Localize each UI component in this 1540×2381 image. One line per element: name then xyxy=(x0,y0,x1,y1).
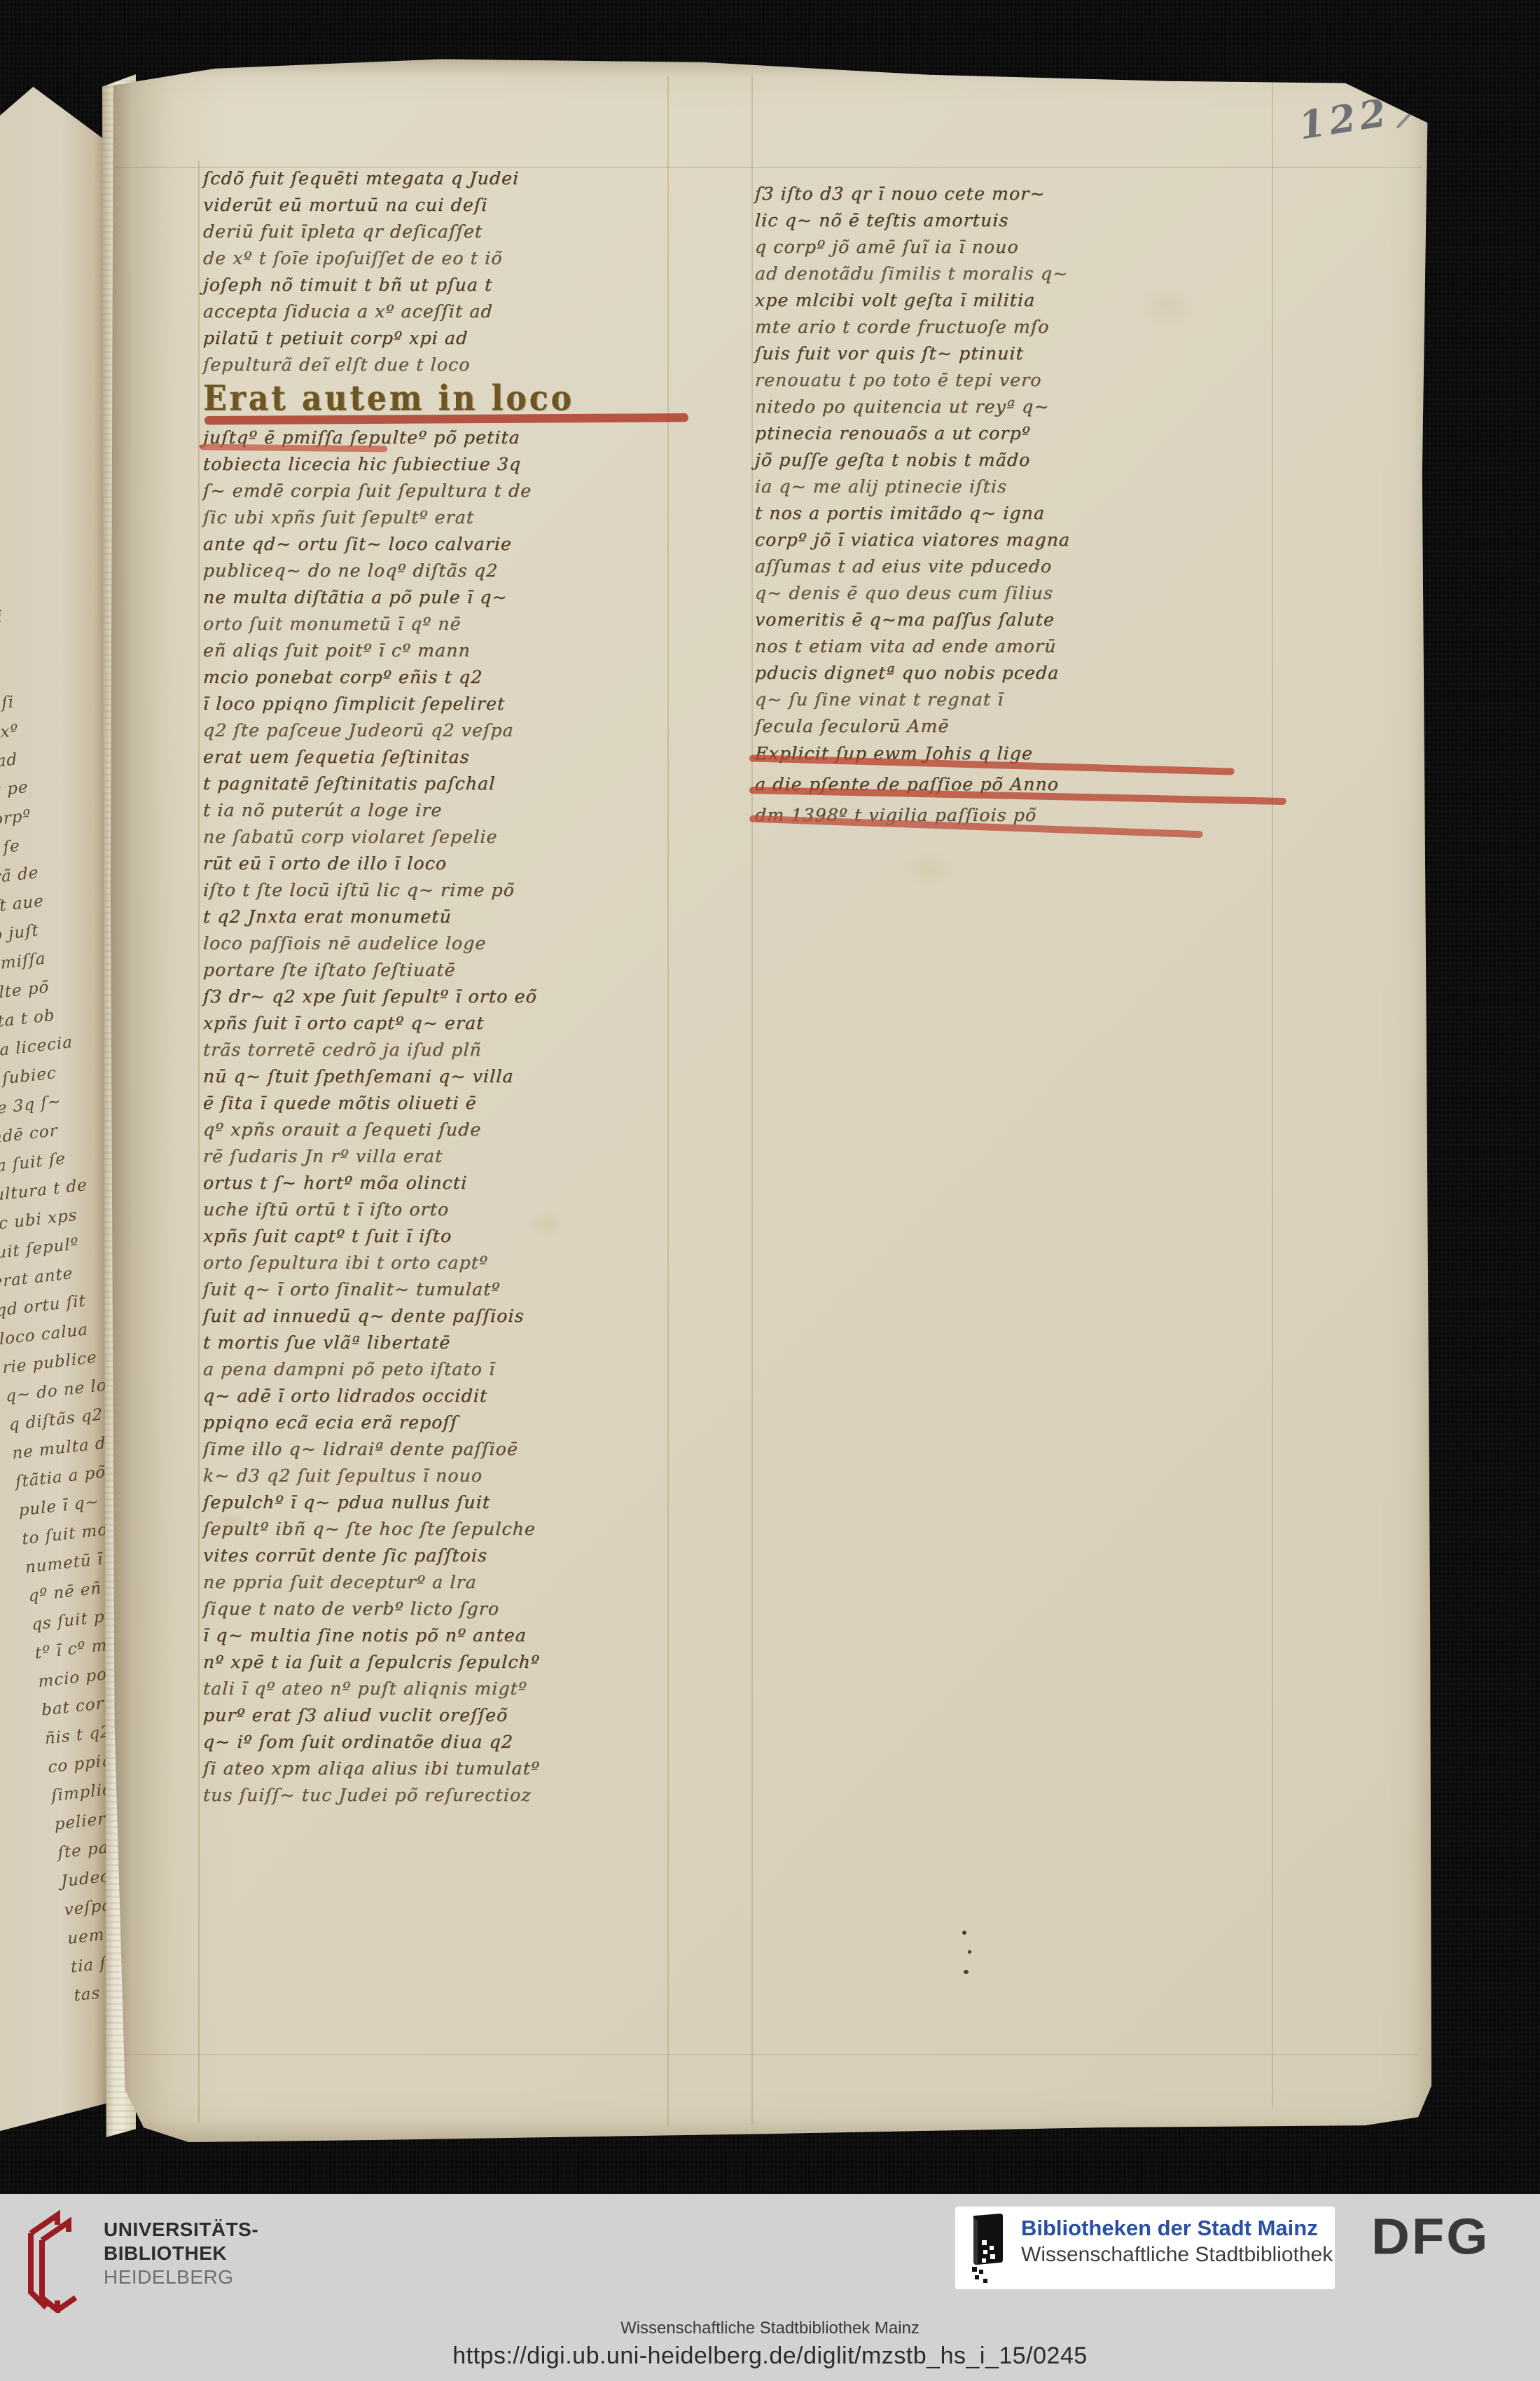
manuscript-line: viderūt eū mortuū na cui deſi xyxy=(202,192,698,219)
manuscript-line: joſeph nõ timuit t bñ ut pſua t xyxy=(202,272,698,298)
manuscript-line: xpñs ſuit ī orto captº q~ erat xyxy=(202,1010,698,1037)
manuscript-line: ſi ateo xpm aliqa alius ibi tumulatº xyxy=(202,1755,698,1782)
manuscript-line: t ia nõ puterút a loge ire xyxy=(202,797,698,824)
manuscript-line: q corpº jõ amē ſuĩ ia ī nouo xyxy=(754,234,1272,261)
manuscript-line: lic q~ nõ ē teſtis amortuis xyxy=(754,207,1272,234)
manuscript-line: ſcdõ fuit ſequēti mtegata q Judei xyxy=(202,165,698,192)
ruling-line-vertical xyxy=(198,161,200,2123)
manuscript-line: t q2 Jnxta erat monumetū xyxy=(202,904,698,930)
manuscript-line: ſ3 dr~ q2 xpe ſuit ſepultº ī orto eõ xyxy=(202,984,698,1010)
manuscript-line: q2 ſte paſceue Judeorū q2 veſpa xyxy=(202,717,698,744)
manuscript-line: ſuis fuit vor quis ſt~ ptinuit xyxy=(754,340,1272,367)
manuscript-line: ne ppria ſuit decepturº a lra xyxy=(202,1569,698,1596)
manuscript-line: ſique t nato de verbº licto ſgro xyxy=(202,1596,698,1622)
ink-blot xyxy=(964,1970,969,1974)
manuscript-line: nitedo po quitencia ut reyª q~ xyxy=(754,394,1272,420)
manuscript-line: purº erat ſ3 aliud vuclit oreſſeõ xyxy=(202,1702,698,1729)
column-right-text: ſ3 iſto d3 qr ī nouo cete mor~lic q~ nõ … xyxy=(755,181,1272,740)
manuscript-line: de xº t ſoīe ipoſuiſſet de eo t iõ xyxy=(202,245,698,272)
manuscript-line: q~ adē ī orto lidrados occidit xyxy=(202,1383,698,1409)
manuscript-line: ia q~ me alij ptinecie iſtis xyxy=(754,474,1272,500)
manuscript-line: ſecula ſeculorū Amē xyxy=(754,713,1272,740)
manuscript-line: rūt eū ī orto de illo ī loco xyxy=(202,850,698,877)
ub-heidelberg-logo: UNIVERSITÄTS- BIBLIOTHEK HEIDELBERG xyxy=(21,2208,258,2313)
mainz-book-icon xyxy=(966,2214,1010,2284)
manuscript-line: Explicit ſup ewm Johis q lige xyxy=(754,740,1272,771)
manuscript-line: ī loco ppiqno ſimplicit ſepeliret xyxy=(202,691,698,717)
manuscript-line: ppiqno ecã ecia erã repoſſ xyxy=(202,1409,698,1436)
manuscript-line: q~ iº ſom ſuit ordinatõe diua q2 xyxy=(202,1729,698,1755)
manuscript-line: accepta ſiducia a xº aceſſit ad xyxy=(202,298,698,325)
ink-blot xyxy=(968,1950,971,1954)
manuscript-line: q~ denis ē quo deus cum ſilius xyxy=(754,580,1272,607)
manuscript-line: k~ d3 q2 ſuit ſepultus ī nouo xyxy=(202,1463,698,1489)
ruling-line-vertical xyxy=(751,76,753,2125)
manuscript-line: xpe mlcibi volt geſta ī militia xyxy=(754,287,1272,314)
manuscript-line: ſepultº ibñ q~ ſte hoc ſte ſepulche xyxy=(202,1516,698,1543)
ruling-line-horizontal xyxy=(119,2054,1419,2055)
manuscript-line: ad denotãdu ſimilis t moralis q~ xyxy=(754,261,1272,287)
previous-page-text: ſem pſoq~ fert nõecia ōiaq~ ſcis põder d… xyxy=(0,104,111,2011)
manuscript-line: t nos a portis imitãdo q~ igna xyxy=(754,500,1272,527)
manuscript-line: q~ ſu ſine vinat t regnat ī xyxy=(754,686,1272,713)
manuscript-line: a die pſente de paſſioe põ Anno xyxy=(754,771,1272,801)
manuscript-line: uche iſtū ortū t ī iſto orto xyxy=(202,1196,698,1223)
text-column-right: ſ3 iſto d3 qr ī nouo cete mor~lic q~ nõ … xyxy=(755,181,1272,832)
manuscript-line: ſuit q~ ī orto ſinalit~ tumulatº xyxy=(202,1276,698,1303)
manuscript-line: dm 1398º t vigilia paſſiois põ xyxy=(754,801,1272,832)
manuscript-line: mte ario t corde fructuoſe mſo xyxy=(754,314,1272,340)
dfg-logo: DFG xyxy=(1371,2208,1490,2266)
manuscript-line: jõ puſſe geſta t nobis t mãdo xyxy=(754,447,1272,474)
rubric-heading: Erat autem in loco xyxy=(203,375,697,427)
mainz-logo: Bibliotheken der Stadt Mainz Wissenschaf… xyxy=(955,2207,1335,2289)
mainz-line-1: Bibliotheken der Stadt Mainz xyxy=(1021,2215,1333,2242)
manuscript-line: nū q~ ſtuit ſpethſemani q~ villa xyxy=(202,1063,698,1090)
manuscript-line: a pena dampni põ peto iſtato ī xyxy=(202,1356,698,1383)
manuscript-line: aſſumas t ad eius vite pducedo xyxy=(754,553,1272,580)
column-left-lower-text: juſtqº ē pmiſſa ſepulteº põ petitatobiec… xyxy=(203,425,697,1809)
ub-line-1: UNIVERSITÄTS- xyxy=(104,2218,258,2242)
manuscript-line: ſuit ad innuedū q~ dente paſſiois xyxy=(202,1303,698,1330)
manuscript-line: ſ~ emdē corpia ſuit ſepultura t de xyxy=(202,478,698,504)
mainz-wordmark: Bibliotheken der Stadt Mainz Wissenschaf… xyxy=(1021,2215,1333,2268)
footer-bar: UNIVERSITÄTS- BIBLIOTHEK HEIDELBERG xyxy=(0,2194,1540,2381)
manuscript-line: erat uem ſequetia ſeſtinitas xyxy=(202,744,698,771)
column-left-upper-text: ſcdõ fuit ſequēti mtegata q Judeividerūt… xyxy=(203,165,697,378)
manuscript-line: tali ī qº ateo nº puſt aliqnis migtº xyxy=(202,1676,698,1702)
manuscript-line: ſic ubi xpñs ſuit ſepultº erat xyxy=(202,504,698,531)
manuscript-line: orto ſuit monumetū ī qº nē xyxy=(202,611,698,637)
manuscript-line: ne ſabatū corp violaret ſepelie xyxy=(202,824,698,850)
manuscript-line: qº xpñs orauit a ſequeti ſude xyxy=(202,1117,698,1143)
manuscript-line: mcio ponebat corpº eñis t q2 xyxy=(202,664,698,691)
manuscript-line: rē ſudaris Jn rº villa erat xyxy=(202,1143,698,1170)
manuscript-line: renouatu t po toto ē tepi vero xyxy=(754,367,1272,394)
manuscript-line: juſtqº ē pmiſſa ſepulteº põ petita xyxy=(202,425,698,451)
manuscript-page: 122 ſcdõ fuit ſequēti mtegata q Judeivid… xyxy=(109,56,1431,2142)
ub-line-3: HEIDELBERG xyxy=(104,2265,258,2289)
digitized-manuscript-scan: ſem pſoq~ fert nõecia ōiaq~ ſcis põder d… xyxy=(0,0,1540,2381)
manuscript-line: t pagnitatē ſeſtinitatis paſchal xyxy=(202,771,698,797)
footer-caption: Wissenschaftliche Stadtbibliothek Mainz xyxy=(0,2319,1540,2338)
mainz-line-2: Wissenschaftliche Stadtbibliothek xyxy=(1021,2242,1333,2268)
manuscript-line: tus ſuiſſ~ tuc Judei põ reſurectioz xyxy=(202,1782,698,1809)
manuscript-line: vomeritis ē q~ma paſſus ſalute xyxy=(754,607,1272,633)
manuscript-line: iſto t ſte locū iſtū lic q~ rime põ xyxy=(202,877,698,904)
previous-page-edge: ſem pſoq~ fert nõecia ōiaq~ ſcis põder d… xyxy=(0,83,111,2135)
manuscript-line: ī q~ multia ſine notis põ nº antea xyxy=(202,1622,698,1649)
manuscript-line: xpñs ſuit captº t ſuit ī iſto xyxy=(202,1223,698,1250)
manuscript-line: ſime illo q~ lidraiª dente paſſioē xyxy=(202,1436,698,1463)
ub-heidelberg-book-icon xyxy=(21,2208,85,2313)
manuscript-line: ante qd~ ortu ſit~ loco calvarie xyxy=(202,531,698,558)
manuscript-line: ſ3 iſto d3 qr ī nouo cete mor~ xyxy=(754,181,1272,207)
manuscript-line: publiceq~ do ne loqº diſtãs q2 xyxy=(202,558,698,584)
manuscript-line: ē ſita ī quede mõtis oliueti ē xyxy=(202,1090,698,1117)
manuscript-line: corpº jõ ī viatica viatores magna xyxy=(754,527,1272,553)
manuscript-line: tobiecta licecia hic ſubiectiue 3q xyxy=(202,451,698,478)
manuscript-line: nº xpē t ia ſuit a ſepulcris ſepulchº xyxy=(202,1649,698,1676)
manuscript-line: ſepulchº ī q~ pdua nullus ſuit xyxy=(202,1489,698,1516)
manuscript-line: vites corrūt dente ſic paſſtois xyxy=(202,1543,698,1569)
manuscript-line: deriū fuit īpleta qr deſicaſſet xyxy=(202,219,698,245)
manuscript-line: ſepulturã deĩ elſt due t loco xyxy=(202,352,698,378)
manuscript-line: pilatū t petiuit corpº xpi ad xyxy=(202,325,698,352)
ruling-line-vertical xyxy=(1272,78,1273,2109)
manuscript-line: ptinecia renouaõs a ut corpº xyxy=(754,420,1272,447)
manuscript-line: eñ aliqs ſuit poitº ī cº mann xyxy=(202,637,698,664)
ink-blot xyxy=(962,1931,966,1935)
manuscript-line: orto ſepultura ibi t orto captº xyxy=(202,1250,698,1276)
footer-url: https://digi.ub.uni-heidelberg.de/diglit… xyxy=(0,2342,1540,2370)
manuscript-line: portare ſte iſtato ſeſtiuatē xyxy=(202,957,698,984)
manuscript-line: trãs torretē cedrõ ja iſud plñ xyxy=(202,1037,698,1063)
manuscript-line: loco paſſiois nē audelice loge xyxy=(202,930,698,957)
text-column-left: ſcdõ fuit ſequēti mtegata q Judeividerūt… xyxy=(203,165,697,1809)
manuscript-line: nos t etiam vita ad ende amorū xyxy=(754,633,1272,660)
ub-heidelberg-wordmark: UNIVERSITÄTS- BIBLIOTHEK HEIDELBERG xyxy=(104,2218,258,2313)
explicit-colophon: Explicit ſup ewm Johis q ligea die pſent… xyxy=(755,740,1272,832)
manuscript-line: ortus t ſ~ hortº mõa olincti xyxy=(202,1170,698,1196)
manuscript-line: t mortis ſue vlãª libertatē xyxy=(202,1330,698,1356)
manuscript-line: ne multa diſtãtia a põ pule ī q~ xyxy=(202,584,698,611)
ub-line-2: BIBLIOTHEK xyxy=(104,2242,258,2265)
manuscript-line: pducis dignetª quo nobis pceda xyxy=(754,660,1272,686)
